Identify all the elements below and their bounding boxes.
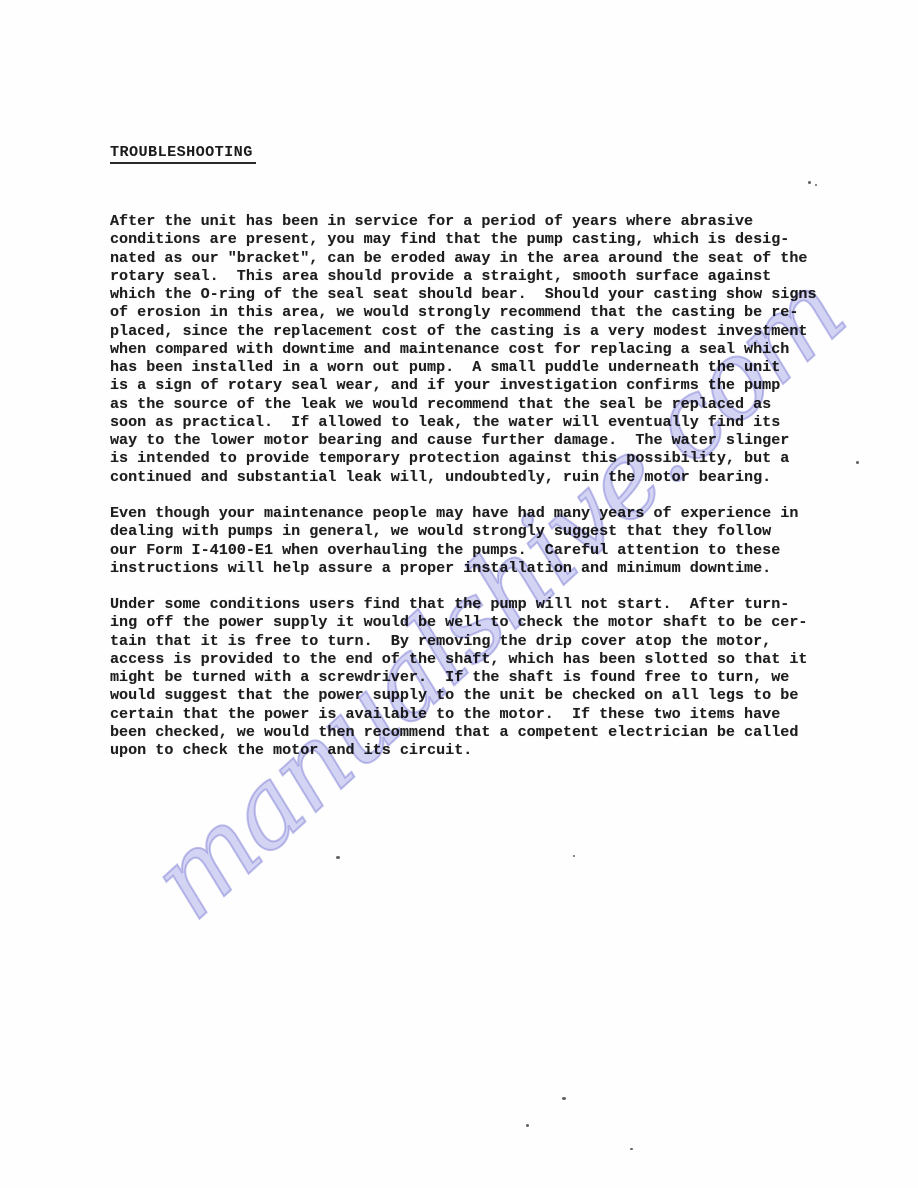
scan-speck xyxy=(815,184,817,186)
paragraph-3: Under some conditions users find that th… xyxy=(110,595,840,759)
scan-speck xyxy=(336,856,340,859)
scan-speck xyxy=(562,1097,566,1100)
page-title: TROUBLESHOOTING xyxy=(110,143,256,164)
scan-speck xyxy=(630,1148,633,1150)
paragraph-2: Even though your maintenance people may … xyxy=(110,504,840,577)
document-page: TROUBLESHOOTING After the unit has been … xyxy=(0,0,918,1188)
scan-speck xyxy=(526,1124,529,1127)
paragraph-1: After the unit has been in service for a… xyxy=(110,212,840,486)
scan-speck xyxy=(573,855,575,857)
scan-speck xyxy=(808,181,811,184)
scan-speck xyxy=(856,461,859,464)
